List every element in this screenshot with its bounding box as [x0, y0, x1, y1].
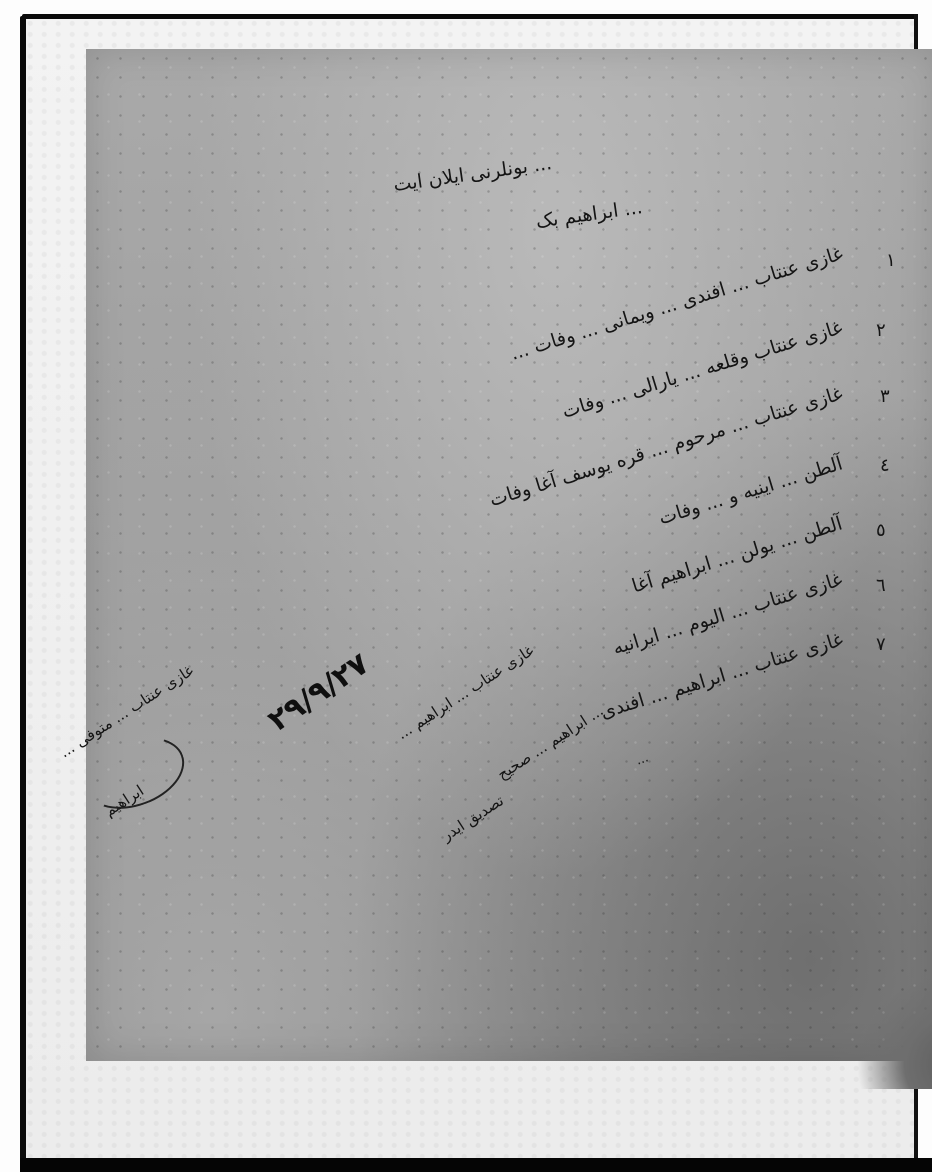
document-sheet: [86, 49, 932, 1061]
entry-number: ٣: [880, 386, 890, 407]
entry-number: ٥: [876, 520, 886, 541]
photo-frame-bottom: [20, 1158, 932, 1172]
paper-grain: [86, 49, 932, 1061]
entry-number: ٦: [876, 575, 886, 596]
entry-number: ٧: [876, 634, 886, 655]
entry-number: ٤: [880, 455, 890, 476]
entry-number: ١: [886, 250, 896, 271]
entry-number: ٢: [876, 320, 886, 341]
